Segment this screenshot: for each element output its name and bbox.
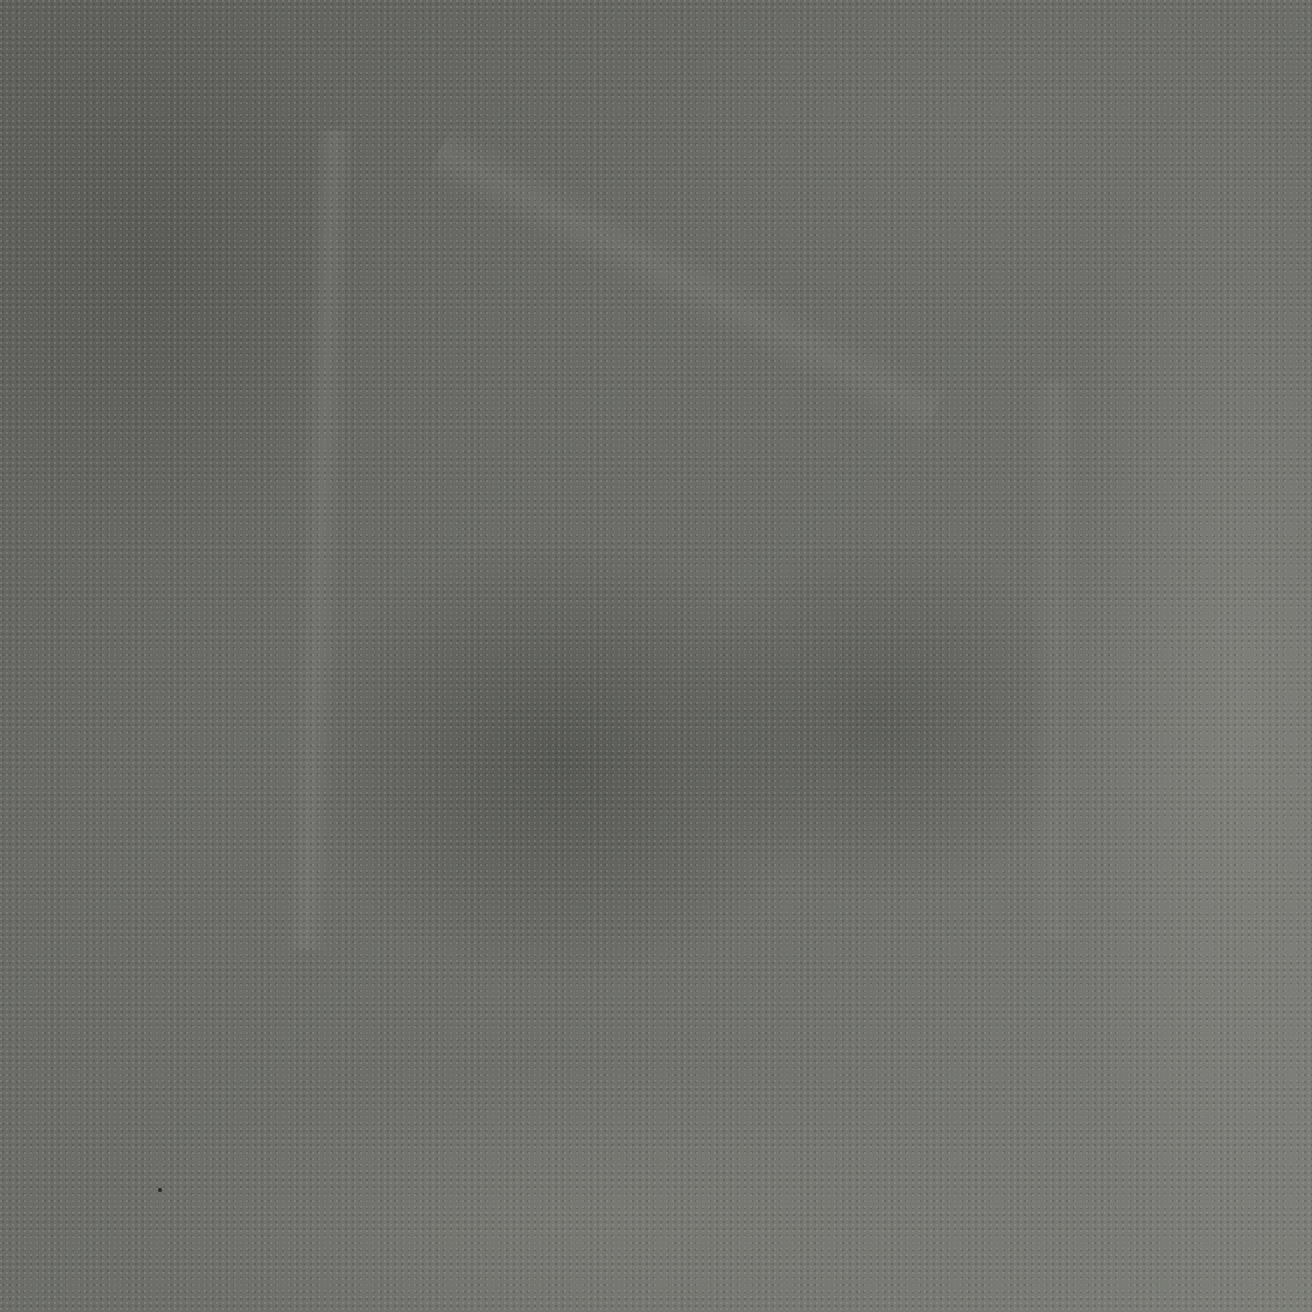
velvet-fabric-photo [0,0,1312,1312]
fabric-fold-right [1030,380,1080,940]
fabric-fold-top [426,124,949,440]
fabric-fold-left [286,130,355,951]
fabric-texture [0,0,1312,1312]
lint-speck [158,1188,162,1192]
